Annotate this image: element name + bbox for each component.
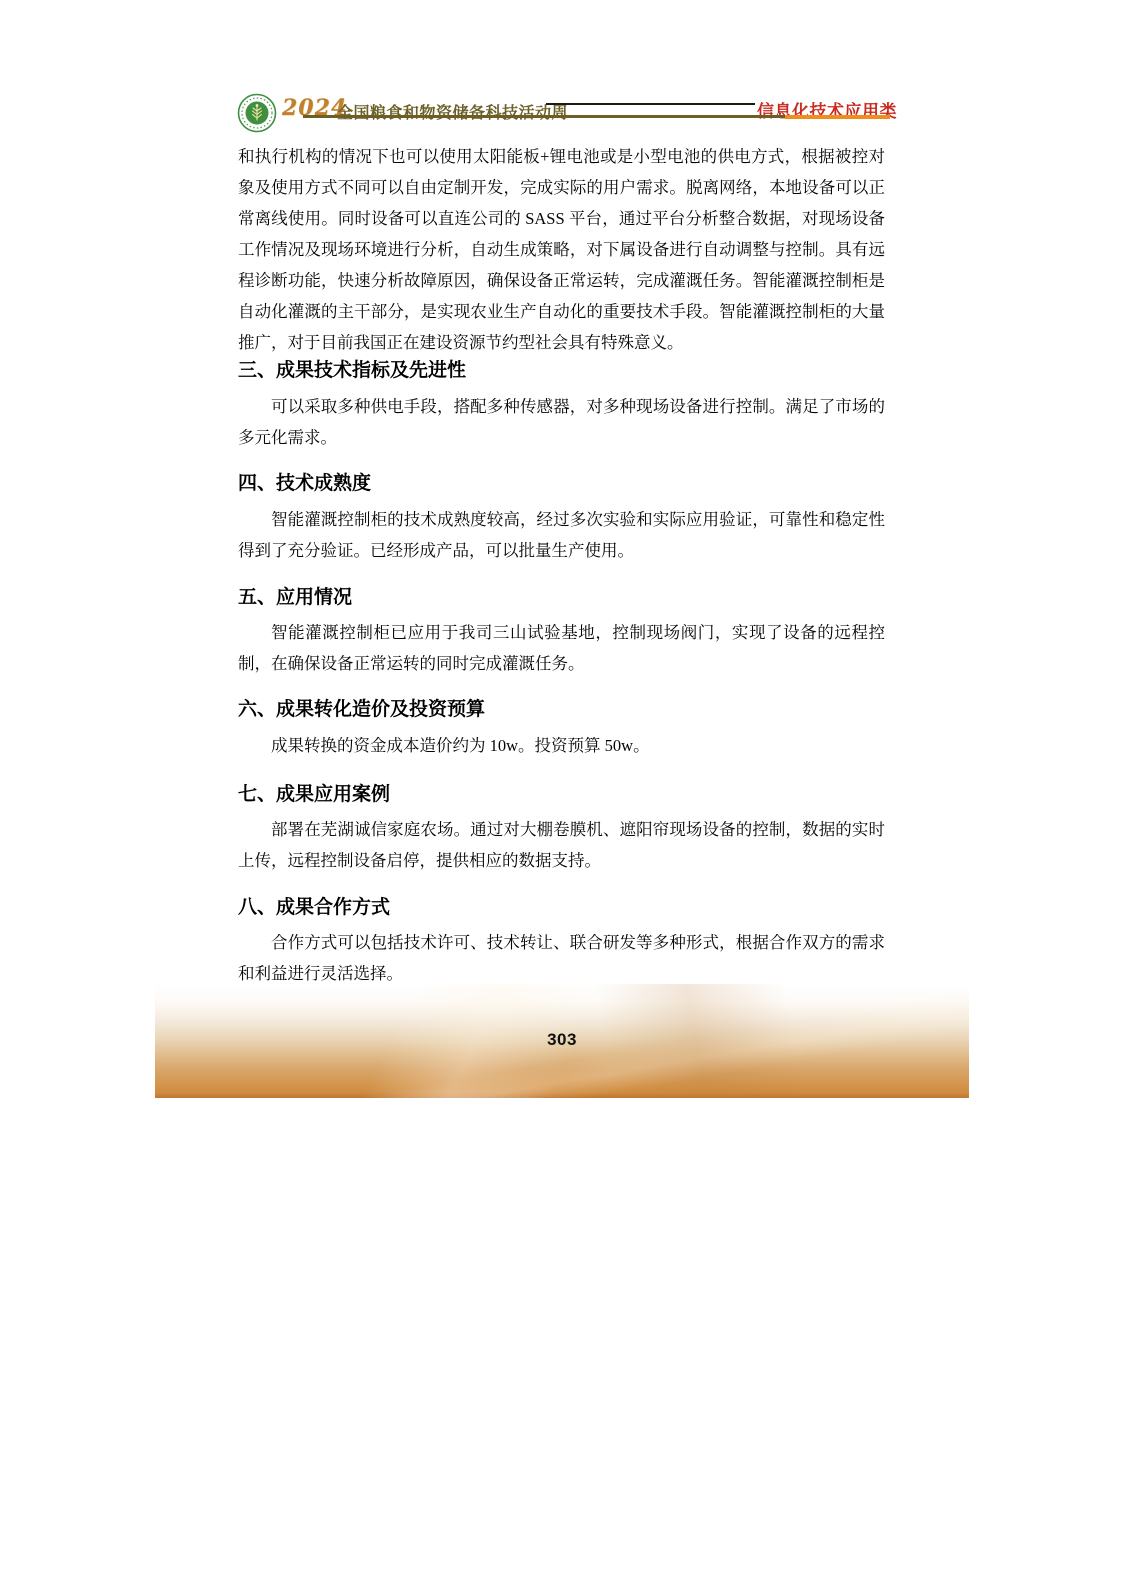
footer-band: 303 [155,984,969,1098]
section-paragraph-3: 可以采取多种供电手段，搭配多种传感器，对多种现场设备进行控制。满足了市场的多元化… [238,391,885,453]
grain-emblem-logo-icon [237,93,277,133]
continuation-paragraph: 和执行机构的情况下也可以使用太阳能板+锂电池或是小型电池的供电方式，根据被控对象… [238,141,885,358]
section-heading-6: 六、成果转化造价及投资预算 [238,699,885,721]
section-heading-5: 五、应用情况 [238,587,885,609]
header-rule [546,103,755,105]
underline-orange-segment [785,115,890,119]
section-paragraph-7: 部署在芜湖诚信家庭农场。通过对大棚卷膜机、遮阳帘现场设备的控制，数据的实时上传，… [238,814,885,876]
section-heading-8: 八、成果合作方式 [238,897,885,919]
section-heading-7: 七、成果应用案例 [238,784,885,806]
section-paragraph-6: 成果转换的资金成本造价约为 10w。投资预算 50w。 [238,730,885,761]
document-page: 2024 全国粮食和物资储备科技活动周 信息化技术应用类 和执行机构的情况下也可… [0,0,1122,1588]
header-underline [303,115,890,119]
section-paragraph-8: 合作方式可以包括技术许可、技术转让、联合研发等多种形式，根据合作双方的需求和利益… [238,927,885,989]
section-paragraph-5: 智能灌溉控制柜已应用于我司三山试验基地，控制现场阀门，实现了设备的远程控制，在确… [238,617,885,679]
page-header: 2024 全国粮食和物资储备科技活动周 信息化技术应用类 [0,0,1122,140]
underline-olive-segment [303,115,785,118]
section-heading-4: 四、技术成熟度 [238,473,885,495]
page-number: 303 [155,1030,969,1050]
section-heading-3: 三、成果技术指标及先进性 [238,360,885,382]
event-title: 全国粮食和物资储备科技活动周 [337,100,568,123]
section-paragraph-4: 智能灌溉控制柜的技术成熟度较高，经过多次实验和实际应用验证，可靠性和稳定性得到了… [238,504,885,566]
